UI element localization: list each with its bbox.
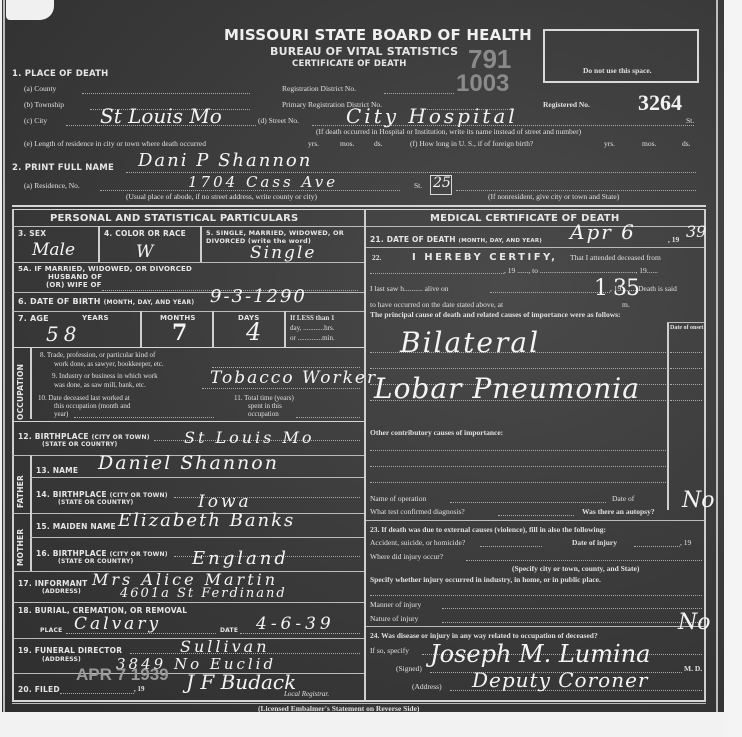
dod-value: Apr 6	[570, 220, 636, 244]
less-or-label: or ..............min.	[290, 334, 335, 342]
dod-sub: (MONTH, DAY, AND YEAR)	[458, 238, 541, 244]
time-value: 1 35	[594, 276, 639, 301]
registrar-label: Local Registrar.	[284, 690, 329, 698]
ward-value: 25	[433, 175, 451, 191]
nonresident-field[interactable]	[456, 190, 696, 191]
test-field[interactable]	[498, 515, 574, 516]
registered-no: 3264	[638, 90, 682, 116]
foreign-label: (f) How long in U. S., if of foreign bir…	[410, 139, 533, 148]
onset-line-2[interactable]	[670, 368, 702, 369]
county-field[interactable]	[82, 93, 250, 94]
father-bp-sub2: (STATE OR COUNTRY)	[58, 499, 133, 506]
spouse-label-2: HUSBAND OF	[48, 273, 102, 281]
occ8b-label: work done, as sawyer, bookkeeper, etc.	[54, 360, 164, 368]
sex-value: Male	[32, 240, 75, 260]
industry-field[interactable]	[202, 388, 360, 389]
father-bp-value: Iowa	[198, 492, 252, 512]
attended-from-field[interactable]	[370, 273, 504, 274]
occurred-m: m.	[622, 300, 630, 309]
burial-place-label: PLACE	[40, 627, 62, 634]
mos-label: mos.	[340, 139, 354, 148]
father-bp-sub1: (CITY OR TOWN)	[110, 492, 168, 499]
divider	[366, 520, 704, 521]
cause-line-2[interactable]	[370, 368, 666, 369]
onset-divider	[667, 322, 669, 510]
principal-cause-label: The principal cause of death and related…	[370, 310, 621, 319]
mother-bp-value: England	[192, 548, 289, 569]
operation-field[interactable]	[450, 502, 606, 503]
certify-text: That I attended deceased from	[570, 253, 661, 262]
filed-stamp: APR 7 1939	[76, 665, 169, 685]
birthplace-label-text: 12. BIRTHPLACE	[18, 432, 89, 441]
age-years: 58	[46, 322, 81, 346]
occ10c-label: year)	[54, 410, 68, 418]
divider	[30, 477, 364, 478]
cause-2-value: Lobar Pneumonia	[374, 372, 640, 405]
dob-label-text: 6. DATE OF BIRTH	[18, 297, 101, 306]
divider	[667, 322, 704, 323]
full-name-value: Dani P Shannon	[138, 150, 312, 171]
scan-margin	[724, 0, 742, 737]
divider	[12, 205, 706, 207]
race-value: W	[136, 242, 153, 262]
residence-note: (Usual place of abode, if no street addr…	[126, 192, 317, 201]
occ11-label: 11. Total time (years)	[234, 394, 294, 402]
dod-label: 21. DATE OF DEATH (MONTH, DAY, AND YEAR)	[370, 235, 542, 244]
if-so-label: If so, specify	[370, 646, 409, 655]
mother-bp-sub1: (CITY OR TOWN)	[110, 551, 168, 558]
father-bp-label: 14. BIRTHPLACE (CITY OR TOWN)	[36, 490, 168, 499]
divider	[366, 626, 704, 627]
form-name: CERTIFICATE OF DEATH	[292, 59, 407, 69]
dod-year-prefix: , 19	[668, 235, 679, 244]
personal-heading: PERSONAL AND STATISTICAL PARTICULARS	[50, 213, 298, 224]
other-cause-line-3[interactable]	[370, 482, 666, 483]
full-name-label: 2. PRINT FULL NAME	[12, 163, 114, 173]
divider	[30, 455, 32, 513]
nature-label: Nature of injury	[370, 614, 418, 623]
operation-date-label: Date of	[612, 494, 634, 503]
divider	[284, 311, 286, 347]
address-label: (Address)	[412, 682, 442, 691]
reg-district-label: Registration District No.	[282, 84, 356, 93]
occ11c-label: occupation	[248, 410, 279, 418]
street-suffix: St.	[686, 116, 694, 125]
dob-sub: (MONTH, DAY, AND YEAR)	[104, 299, 195, 306]
place-of-death-heading: 1. PLACE OF DEATH	[12, 69, 108, 79]
divider	[30, 513, 32, 571]
address-value: Deputy Coroner	[472, 668, 648, 692]
divider	[212, 311, 214, 347]
less-than-label: If LESS than 1	[290, 314, 335, 322]
mother-bp-label: 16. BIRTHPLACE (CITY OR TOWN)	[36, 549, 168, 558]
mother-name-label: 15. MAIDEN NAME	[36, 522, 116, 531]
divider	[366, 226, 704, 227]
accident-field[interactable]	[480, 546, 542, 547]
residence-value: 1704 Cass Ave	[188, 173, 338, 191]
residence-label: (a) Residence, No.	[24, 181, 80, 190]
dod-year: 39	[686, 222, 706, 241]
age-label: 7. AGE	[18, 314, 49, 323]
occ10b-label: this occupation (month and	[54, 402, 130, 410]
test-label: What test confirmed diagnosis?	[370, 507, 465, 516]
occurred-label: to have occurred on the date stated abov…	[370, 300, 503, 309]
divider	[30, 537, 364, 538]
city-value: St Louis Mo	[100, 104, 222, 128]
occupation-side-label: OCCUPATION	[16, 364, 25, 420]
nonresident-note: (If nonresident, give city or town and S…	[488, 192, 619, 201]
operation-label: Name of operation	[370, 494, 426, 503]
city-label: (c) City	[24, 116, 47, 125]
injury-date-19: , 19	[680, 538, 691, 547]
death-certificate: MISSOURI STATE BOARD OF HEALTH BUREAU OF…	[2, 0, 724, 712]
certify-line2: , 19 ......, to ........................…	[504, 266, 658, 275]
reg-district-field[interactable]	[384, 93, 454, 94]
residence-length-label: (e) Length of residence in city or town …	[24, 139, 206, 148]
dob-label: 6. DATE OF BIRTH (MONTH, DAY, AND YEAR)	[18, 297, 194, 306]
signed-label: (Signed)	[396, 664, 422, 673]
autopsy-value: No	[682, 488, 715, 513]
marital-value: Single	[250, 243, 316, 263]
where-injury-label: Where did injury occur?	[370, 552, 443, 561]
divider	[12, 311, 364, 312]
age-months: 7	[172, 320, 187, 346]
certify-heading: I HEREBY CERTIFY,	[412, 252, 557, 263]
industry-value: Tobacco Worker	[210, 368, 377, 388]
last-saw-label: I last saw h.......... alive on	[370, 284, 449, 293]
left-edge	[3, 0, 5, 712]
column-divider	[364, 209, 366, 701]
onset-line-3[interactable]	[670, 384, 702, 385]
reserved-box-label: Do not use this space.	[583, 66, 652, 75]
street-label: (d) Street No.	[258, 116, 299, 125]
registered-no-label: Registered No.	[543, 100, 590, 109]
occ11b-label: spent in this	[248, 402, 282, 410]
foreign-mos-label: mos.	[642, 139, 656, 148]
street-value: City Hospital	[346, 104, 518, 128]
physician-signature: Joseph M. Lumina	[430, 640, 650, 668]
where-injury-field[interactable]	[466, 560, 702, 561]
divider	[30, 347, 32, 419]
funeral-addr-label: (ADDRESS)	[42, 656, 81, 663]
accident-label: Accident, suicide, or homicide?	[370, 538, 465, 547]
yrs-label: yrs.	[308, 139, 319, 148]
burial-date-label: DATE	[220, 627, 238, 634]
birthplace-label: 12. BIRTHPLACE (CITY OR TOWN)	[18, 432, 150, 441]
divider	[12, 292, 364, 293]
years-label: YEARS	[82, 314, 109, 322]
less-day-label: day, ............hrs.	[290, 324, 334, 332]
father-name-value: Daniel Shannon	[98, 452, 279, 474]
age-days: 4	[246, 318, 261, 346]
funeral-director-value: Sullivan	[180, 637, 270, 656]
specify-location-note: (Specify city or town, county, and State…	[512, 564, 639, 573]
page-title: MISSOURI STATE BOARD OF HEALTH	[224, 26, 532, 44]
divider	[140, 311, 142, 347]
funeral-label: 19. FUNERAL DIRECTOR	[18, 646, 122, 655]
nature-field[interactable]	[442, 622, 702, 623]
torn-corner	[6, 0, 54, 20]
occupation-related-label: 24. Was disease or injury in any way rel…	[370, 631, 598, 640]
divider	[98, 226, 100, 262]
divider	[12, 209, 706, 210]
occupation-related-value: No	[678, 610, 711, 635]
mother-bp-sub2: (STATE OR COUNTRY)	[58, 558, 133, 565]
total-time-field[interactable]	[296, 417, 360, 418]
divider	[12, 700, 706, 702]
onset-line-1[interactable]	[670, 352, 702, 353]
spouse-label-3: (OR) WIFE OF	[46, 281, 102, 289]
cause-1-value: Bilateral	[400, 326, 540, 359]
stamp-number-2: 1003	[456, 70, 509, 98]
injury-date-label: Date of injury	[572, 538, 617, 547]
certify-num: 22.	[372, 253, 381, 262]
md-suffix: M. D.	[684, 664, 702, 673]
footer-note: (Licensed Embalmer's Statement on Revers…	[258, 704, 419, 713]
bureau-title: BUREAU OF VITAL STATISTICS	[270, 45, 458, 58]
foreign-ds-label: ds.	[682, 139, 691, 148]
mother-bp-label-text: 16. BIRTHPLACE	[36, 549, 107, 558]
informant-label: 17. INFORMANT	[18, 579, 88, 588]
other-cause-line-1[interactable]	[370, 450, 666, 451]
divider	[12, 602, 364, 603]
manner-label: Manner of injury	[370, 600, 421, 609]
race-label: 4. COLOR OR RACE	[104, 229, 186, 238]
reserved-box: Do not use this space.	[543, 29, 699, 83]
injury-date-field[interactable]	[634, 546, 680, 547]
autopsy-label: Was there an autopsy?	[582, 507, 655, 516]
last-worked-field[interactable]	[74, 417, 214, 418]
township-label: (b) Township	[24, 100, 64, 109]
dod-label-text: 21. DATE OF DEATH	[370, 235, 456, 244]
manner-field[interactable]	[442, 608, 702, 609]
county-label: (a) County	[24, 84, 56, 93]
divider	[12, 347, 364, 348]
external-causes-label: 23. If death was due to external causes …	[370, 525, 606, 534]
divider	[200, 226, 202, 262]
birthplace-sub1: (CITY OR TOWN)	[92, 434, 150, 441]
sex-label: 3. SEX	[18, 229, 46, 238]
burial-date-value: 4-6-39	[256, 614, 335, 634]
residence-suffix: St.	[414, 181, 422, 190]
birthplace-sub2: (STATE OR COUNTRY)	[42, 441, 117, 448]
occ9-label: 9. Industry or business in which work	[52, 372, 158, 380]
spouse-label: 5A. IF MARRIED, WIDOWED, OR DIVORCED	[18, 265, 192, 273]
father-side-label: FATHER	[16, 475, 25, 508]
informant-addr-label: (ADDRESS)	[42, 588, 81, 595]
foreign-yrs-label: yrs.	[604, 139, 615, 148]
last-saw-field[interactable]	[490, 292, 610, 293]
injury-place-type-label: Specify whether injury occurred in indus…	[370, 575, 601, 584]
occ10-label: 10. Date deceased last worked at	[38, 394, 130, 402]
divider	[12, 262, 364, 263]
dob-value: 9-3-1290	[210, 286, 307, 307]
birthplace-value: St Louis Mo	[184, 428, 314, 447]
informant-addr-value: 4601a St Ferdinand	[120, 586, 287, 601]
right-edge	[716, 0, 718, 712]
other-causes-label: Other contributory causes of importance:	[370, 428, 503, 437]
filed-19: , 19	[134, 685, 145, 693]
divider	[366, 247, 704, 248]
registrar-signature: J F Budack	[186, 670, 296, 694]
father-name-label: 13. NAME	[36, 466, 78, 475]
burial-place-value: Calvary	[74, 614, 161, 634]
divider	[12, 421, 364, 422]
mother-name-value: Elizabeth Banks	[118, 510, 295, 531]
other-cause-line-2[interactable]	[370, 466, 666, 467]
injury-place-type-field[interactable]	[370, 595, 702, 596]
onset-label: Date of onset	[670, 325, 703, 331]
mother-side-label: MOTHER	[16, 529, 25, 566]
onset-line-4[interactable]	[670, 400, 702, 401]
divider	[12, 226, 364, 227]
occ8-label: 8. Trade, profession, or particular kind…	[40, 351, 155, 359]
filed-field[interactable]	[60, 693, 134, 694]
filed-label: 20. FILED	[18, 685, 60, 694]
ward-box: 25	[430, 175, 452, 195]
occ9b-label: was done, as saw mill, bank, etc.	[54, 381, 146, 389]
street-note: (If death occurred in Hospital or Instit…	[316, 127, 581, 136]
ds-label: ds.	[374, 139, 383, 148]
father-bp-label-text: 14. BIRTHPLACE	[36, 490, 107, 499]
